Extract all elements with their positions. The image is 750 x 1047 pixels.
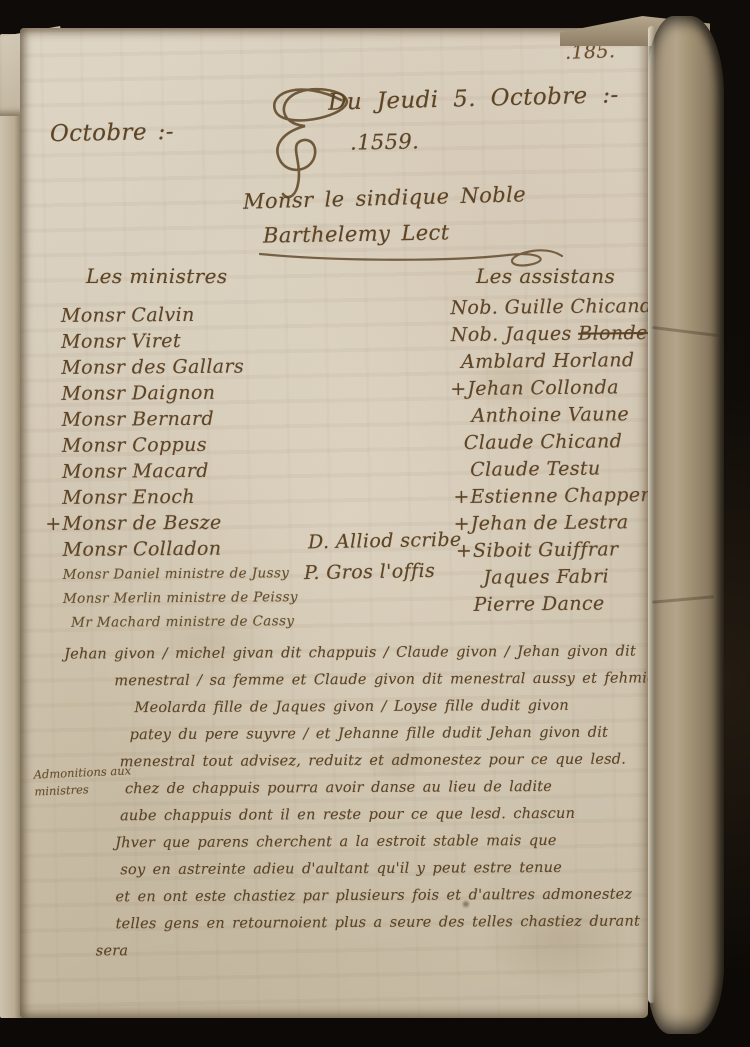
assistant-name: Jaques Fabri [483, 565, 609, 588]
assistant-name: Claude Chicand [464, 430, 623, 454]
fore-edge-pages [648, 16, 724, 1034]
assistant-row: Anthoine Vaune [471, 401, 661, 430]
minister-name: Monsr Calvin [61, 304, 195, 327]
minister-name: Monsr Merlin ministre de Peissy [63, 589, 298, 607]
assistant-row: Nob. Guille Chicand [450, 293, 660, 322]
assistant-row: Jaques Fabri [483, 563, 663, 592]
minister-name: Monsr Daniel ministre de Jussy [63, 565, 290, 583]
minister-name: Monsr Enoch [62, 486, 195, 509]
minister-name: Monsr Coppus [62, 434, 207, 457]
minister-row: Monsr Daignon [61, 379, 296, 407]
minister-row: Monsr Colladon [62, 535, 297, 563]
minister-row: Monsr Viret [61, 327, 296, 355]
assistant-name: Pierre Dance [473, 592, 604, 615]
entry-line: aube chappuis dont il en reste pour ce q… [120, 800, 640, 830]
entry-line: patey du pere suyvre / et Jehanne fille … [130, 719, 640, 749]
attendance-cross-mark: + [453, 484, 470, 511]
assistant-row: +Jehan Collonda [467, 374, 661, 403]
ministers-title: Les ministres [86, 264, 228, 288]
assistants-list: Nob. Guille Chicand Nob. Jaques Blondel … [446, 293, 663, 619]
minister-name: Monsr Daignon [61, 382, 215, 405]
entry-line: soy en astreinte adieu d'aultant qu'il y… [120, 854, 640, 884]
assistant-name: Amblard Horland [461, 349, 635, 373]
manuscript-photo: .185. Du Jeudi 5. Octobre :- .1559. Octo… [0, 0, 750, 1047]
assistant-name: Nob. Guille Chicand [450, 295, 652, 319]
minister-name: Monsr Viret [61, 330, 181, 353]
minister-name: Mr Machard ministre de Cassy [71, 613, 294, 631]
entry-line: Meolarda fille de Jaques givon / Loyse f… [134, 692, 639, 722]
entry-line: menestral / sa femme et Claude givon dit… [114, 665, 639, 695]
assistant-row: +Siboit Guiffrar [473, 536, 663, 565]
assistant-name: Siboit Guiffrar [473, 538, 619, 562]
minister-row: Monsr Coppus [62, 431, 297, 459]
minister-name: Monsr Bernard [62, 408, 214, 431]
minister-row: Monsr Calvin [61, 301, 296, 329]
entry-line: menestral tout advisez, reduitz et admon… [120, 746, 640, 776]
attendance-cross-mark: + [450, 376, 467, 403]
assistant-row: Claude Chicand [464, 428, 662, 457]
minister-name: Monsr Colladon [62, 538, 221, 561]
header-year: .1559. [350, 129, 420, 154]
assistant-row: +Jehan de Lestra [471, 509, 663, 538]
minister-row: +Monsr de Besze [62, 509, 297, 537]
assistants-title: Les assistans [476, 264, 615, 288]
minister-row: Mr Machard ministre de Cassy [71, 609, 298, 635]
manuscript-page: .185. Du Jeudi 5. Octobre :- .1559. Octo… [20, 28, 648, 1018]
entry-line: sera [96, 935, 641, 965]
entry-line: et en ont este chastiez par plusieurs fo… [115, 881, 640, 911]
minister-row: Monsr Macard [62, 457, 297, 485]
assistant-row: +Estienne Chappero [470, 482, 662, 511]
assistant-name: Estienne Chappero [470, 484, 662, 508]
officer-name: P. Gros l'offis [304, 560, 436, 584]
assistant-row: Nob. Jaques Blondel [451, 320, 661, 349]
entry-paragraph: Jehan givon / michel givan dit chappuis … [64, 638, 641, 965]
assistant-name: Nob. Jaques [451, 323, 579, 346]
minister-row: Monsr des Gallars [61, 353, 296, 381]
assistant-row: Pierre Dance [473, 590, 663, 619]
presiding-syndic-line2: Barthelemy Lect [263, 220, 450, 247]
assistant-name: Jehan Collonda [467, 376, 619, 400]
minister-name: Monsr Macard [62, 460, 209, 483]
minister-row: Monsr Enoch [62, 483, 297, 511]
assistant-name: Claude Testu [470, 458, 601, 481]
minister-row: Monsr Daniel ministre de Jussy [63, 561, 298, 587]
entry-line: chez de chappuis pourra avoir danse au l… [125, 773, 640, 803]
entry-line: Jehan givon / michel givan dit chappuis … [64, 638, 639, 668]
ministers-list: Monsr Calvin Monsr Viret Monsr des Galla… [61, 301, 298, 635]
minister-name: Monsr des Gallars [61, 356, 244, 379]
assistant-name: Jehan de Lestra [471, 511, 629, 535]
minister-row: Monsr Bernard [62, 405, 297, 433]
scribe-name: D. Alliod scribe [308, 529, 462, 554]
margin-month: Octobre :- [50, 119, 174, 147]
assistant-row: Amblard Horland [461, 347, 661, 376]
assistant-row: Claude Testu [470, 455, 662, 484]
struck-surname: Blondel [578, 322, 654, 345]
minister-row: Monsr Merlin ministre de Peissy [63, 585, 298, 611]
entry-line: Jhver que parens cherchent a la estroit … [115, 827, 640, 857]
entry-line: telles gens en retournoient plus a seure… [116, 908, 641, 938]
minister-name: Monsr de Besze [62, 512, 221, 535]
assistant-name: Anthoine Vaune [471, 403, 629, 427]
attendance-cross-mark: + [45, 511, 62, 537]
